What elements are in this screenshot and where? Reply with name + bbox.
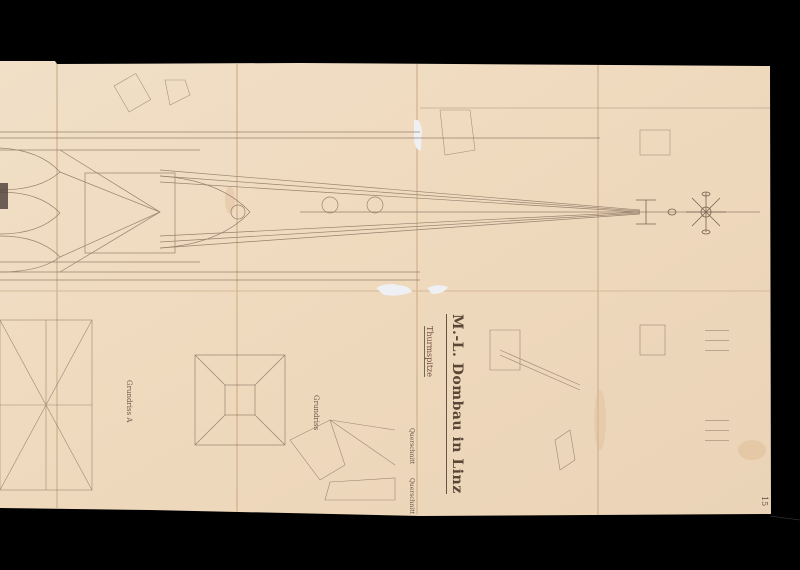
drawing-title: M.-L. Dombau in Linz: [446, 314, 465, 494]
middle-plan-label: Grundriss: [312, 395, 320, 430]
detail-label-2: Querschnitt: [408, 478, 415, 514]
sheet-number: 15: [760, 496, 769, 506]
drawing-subtitle: Thurmspitze: [424, 326, 434, 377]
detail-label-1: Querschnitt: [408, 428, 415, 464]
left-plan-label: Grundriss A: [125, 380, 133, 423]
drawing-sheet: [0, 0, 800, 570]
frame-corner-line: [770, 516, 800, 520]
ground-plan-left: [0, 320, 92, 490]
tracery-detail: [0, 183, 8, 209]
